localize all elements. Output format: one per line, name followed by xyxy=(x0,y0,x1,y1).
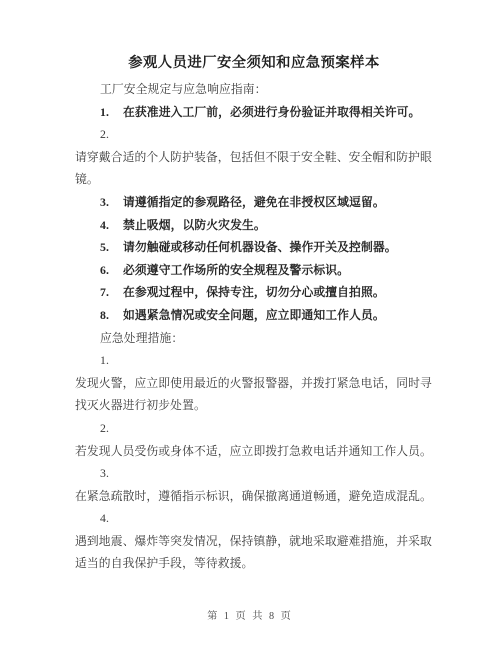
measure-number: 1. xyxy=(100,353,109,367)
section1-heading: 工厂安全规定与应急响应指南： xyxy=(100,78,433,101)
rule-text: 请勿触碰或移动任何机器设备、操作开关及控制器。 xyxy=(123,240,397,254)
measure-item-1-number: 1. xyxy=(100,349,433,372)
rule-item-8: 8.如遇紧急情况或安全问题，应立即通知工作人员。 xyxy=(100,304,433,327)
rule-number: 2. xyxy=(100,127,109,141)
measure-number: 4. xyxy=(100,511,109,525)
page-number-footer: 第 1 页 共 8 页 xyxy=(0,607,500,622)
rule-number: 7. xyxy=(100,281,123,304)
measure-item-3-number: 3. xyxy=(100,462,433,485)
page-title: 参观人员进厂安全须知和应急预案样本 xyxy=(75,50,433,76)
rule-number: 6. xyxy=(100,259,123,282)
rule-item-7: 7.在参观过程中，保持专注，切勿分心或擅自拍照。 xyxy=(100,281,433,304)
rule-number: 5. xyxy=(100,236,123,259)
document-page: 参观人员进厂安全须知和应急预案样本 工厂安全规定与应急响应指南： 1.在获准进入… xyxy=(0,0,500,647)
rule-item-6: 6.必须遵守工作场所的安全规程及警示标识。 xyxy=(100,259,433,282)
measure-item-2-body: 若发现人员受伤或身体不适，应立即拨打急救电话并通知工作人员。 xyxy=(75,440,433,463)
section2-heading: 应急处理措施： xyxy=(100,327,433,350)
rule-item-4: 4.禁止吸烟，以防火灾发生。 xyxy=(100,214,433,237)
measure-item-4-number: 4. xyxy=(100,507,433,530)
measure-number: 2. xyxy=(100,421,109,435)
rule-text: 在参观过程中，保持专注，切勿分心或擅自拍照。 xyxy=(123,285,385,299)
rule-item-2-body: 请穿戴合适的个人防护装备，包括但不限于安全鞋、安全帽和防护眼镜。 xyxy=(75,146,433,191)
rule-item-5: 5.请勿触碰或移动任何机器设备、操作开关及控制器。 xyxy=(100,236,433,259)
measure-item-3-body: 在紧急疏散时，遵循指示标识，确保撤离通道畅通，避免造成混乱。 xyxy=(75,485,433,508)
rule-item-2-number: 2. xyxy=(100,123,433,146)
rule-item-3: 3.请遵循指定的参观路径，避免在非授权区域逗留。 xyxy=(100,191,433,214)
rule-text: 请遵循指定的参观路径，避免在非授权区域逗留。 xyxy=(123,195,385,209)
rule-number: 1. xyxy=(100,101,123,124)
measure-item-1-body: 发现火警，应立即使用最近的火警报警器，并拨打紧急电话，同时寻找灭火器进行初步处置… xyxy=(75,372,433,417)
measure-item-4-body: 遇到地震、爆炸等突发情况，保持镇静，就地采取避难措施，并采取适当的自我保护手段，… xyxy=(75,530,433,575)
rule-text: 禁止吸烟，以防火灾发生。 xyxy=(123,218,266,232)
rule-number: 4. xyxy=(100,214,123,237)
rule-item-1: 1.在获准进入工厂前，必须进行身份验证并取得相关许可。 xyxy=(100,101,433,124)
rule-text: 必须遵守工作场所的安全规程及警示标识。 xyxy=(123,263,349,277)
rule-number: 3. xyxy=(100,191,123,214)
measure-number: 3. xyxy=(100,466,109,480)
rule-text: 如遇紧急情况或安全问题，应立即通知工作人员。 xyxy=(123,308,385,322)
rule-number: 8. xyxy=(100,304,123,327)
measure-item-2-number: 2. xyxy=(100,417,433,440)
rule-text: 在获准进入工厂前，必须进行身份验证并取得相关许可。 xyxy=(123,105,420,119)
